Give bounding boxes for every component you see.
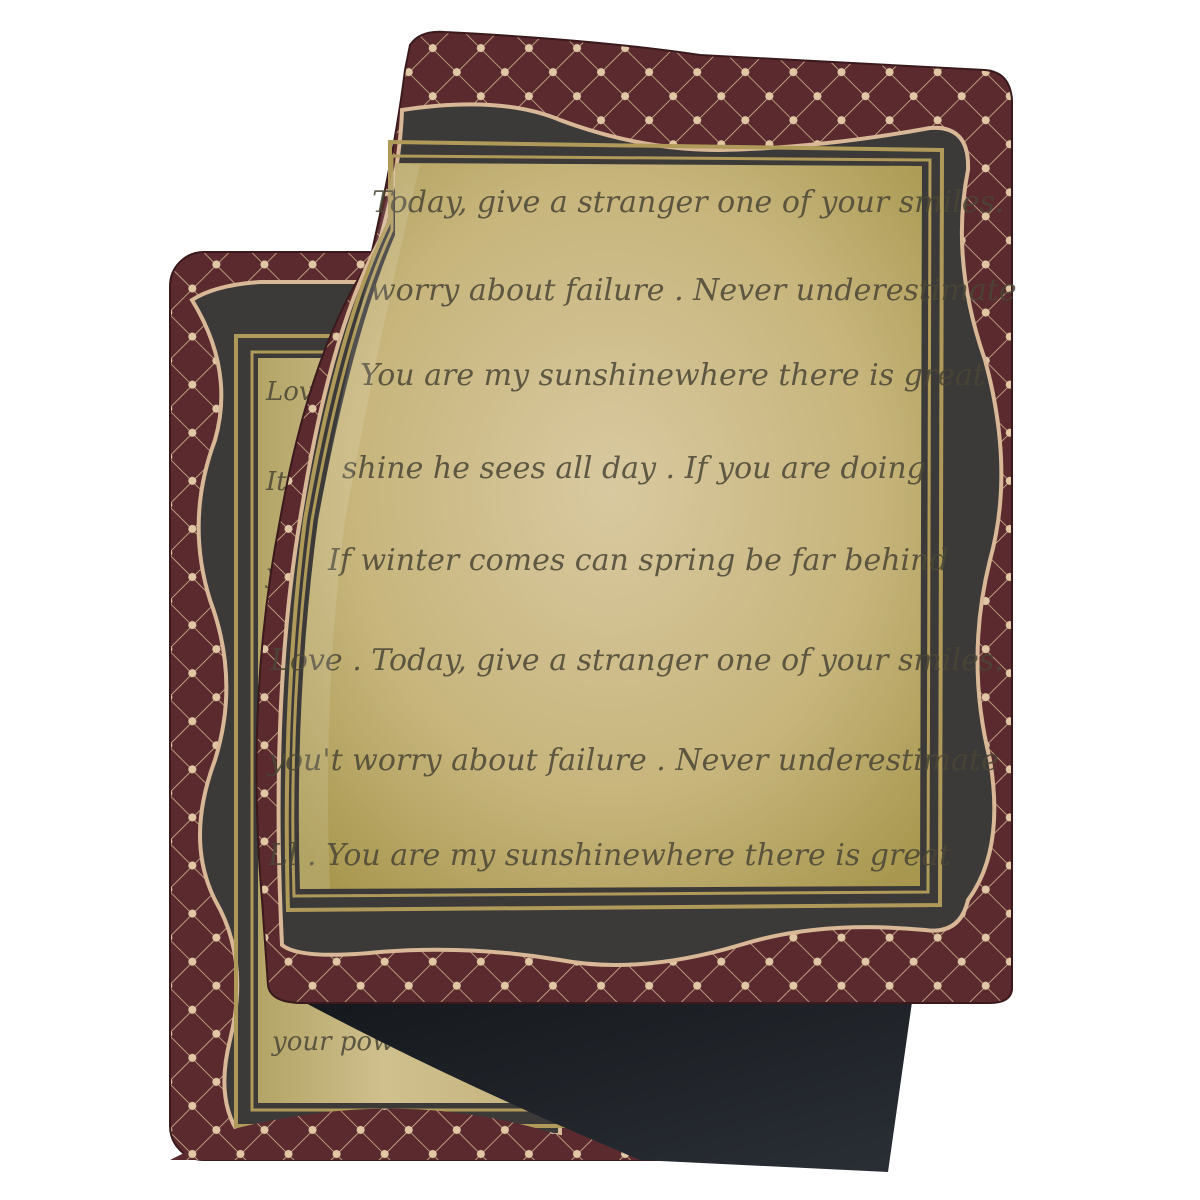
product-photo: Love is It m your your power Lo Today, g… xyxy=(0,0,1200,1200)
front-text-line: you't worry about failure . Never undere… xyxy=(266,743,999,778)
front-text-line: shine he sees all day . If you are doing xyxy=(342,451,926,486)
front-text-line: Today, give a stranger one of your smile… xyxy=(372,185,1004,220)
front-text-line: If winter comes can spring be far behind xyxy=(327,543,949,578)
front-text-line: You are my sunshinewhere there is great xyxy=(360,358,986,393)
front-text-line: Love . Today, give a stranger one of you… xyxy=(269,643,1004,678)
front-text-line: worry about failure . Never underestimat… xyxy=(370,273,1017,308)
front-mat: Today, give a stranger one of your smile… xyxy=(256,32,1016,1003)
front-text-line: Ll . You are my sunshinewhere there is g… xyxy=(267,838,952,873)
